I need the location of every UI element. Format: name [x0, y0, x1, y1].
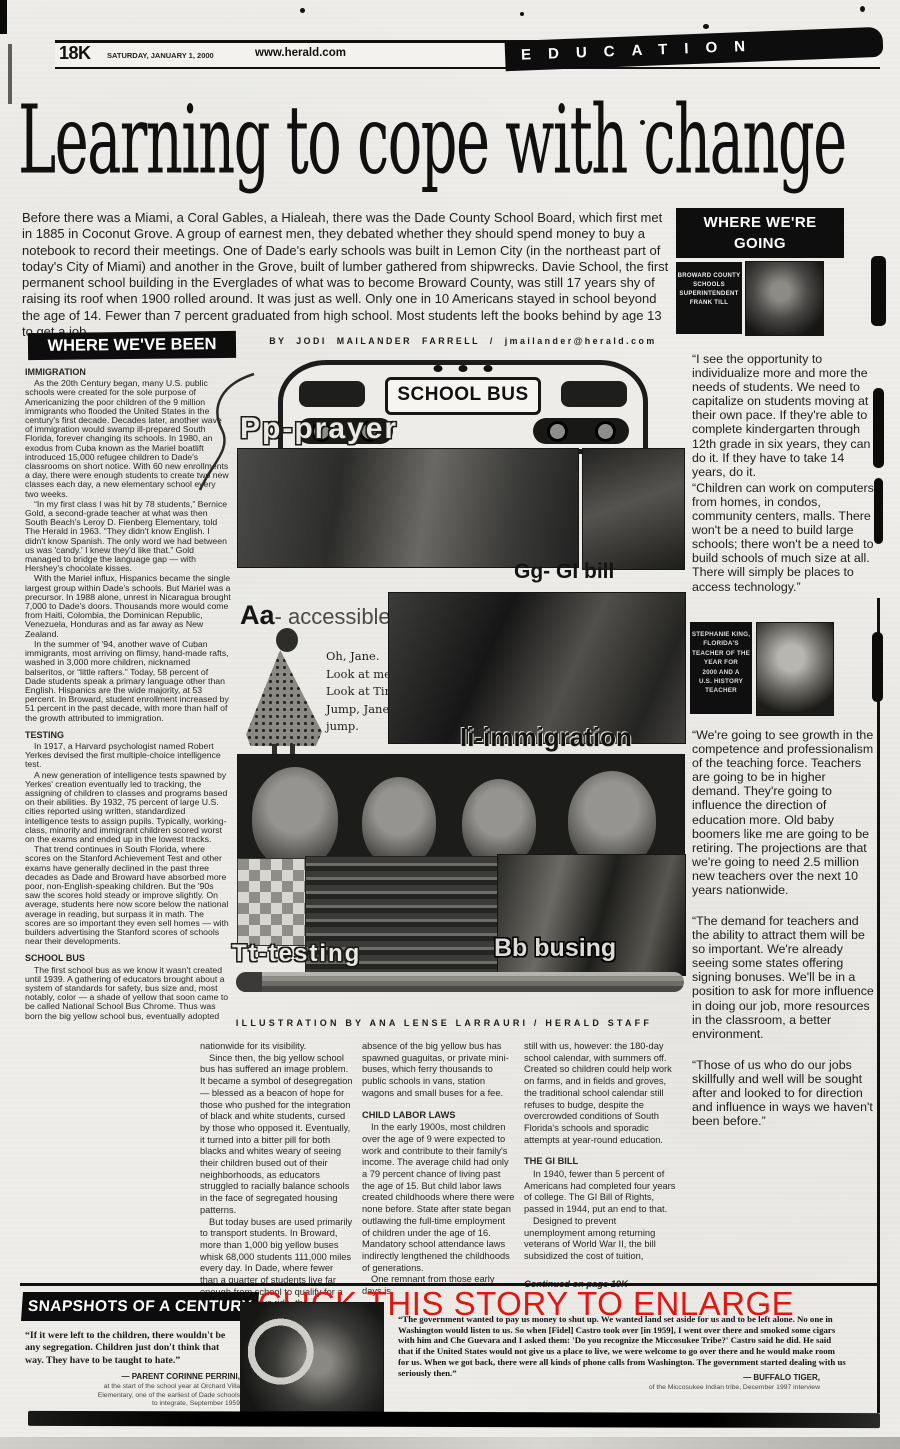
- scan-speck: [520, 12, 524, 16]
- stephanie-king-photo: [756, 622, 834, 716]
- skipping-girl-illustration: [276, 628, 298, 652]
- label-accessible-word: - accessible: [275, 604, 391, 629]
- bus-windshield-right: [561, 381, 627, 407]
- buffalo-tiger-attribution-detail: of the Miccosukee Indian tribe, December…: [560, 1384, 820, 1391]
- scan-speck: [640, 120, 645, 125]
- section-heading-school-bus: SCHOOL BUS: [25, 954, 231, 963]
- scan-ink-blob: [871, 256, 886, 326]
- label-prayer: Pp-prayer: [240, 412, 398, 446]
- quote-paragraph: “Children can work on computers from hom…: [692, 481, 874, 594]
- perrini-quote: “If it were left to the children, there …: [25, 1330, 239, 1367]
- bus-windshield-left: [299, 381, 365, 407]
- body-paragraph: In 1940, fewer than 5 percent of America…: [524, 1169, 677, 1216]
- bus-marker-lights-icon: [426, 359, 501, 377]
- student-face: [252, 767, 338, 869]
- perrini-attribution: — PARENT CORINNE PERRINI,: [60, 1372, 240, 1381]
- quote-paragraph: “Those of us who do our jobs skillfully …: [692, 1058, 874, 1128]
- masthead-date: SATURDAY, JANUARY 1, 2000: [107, 51, 214, 60]
- continuation-column-2: absence of the big yellow bus has spawne…: [362, 1041, 515, 1298]
- gi-soldier-photo: [582, 448, 685, 570]
- student-face: [362, 777, 436, 867]
- scan-ink-mark: [8, 44, 12, 104]
- checkerboard-pattern: [237, 858, 307, 946]
- scan-ink-blob: [873, 388, 884, 468]
- continuation-column-3: still with us, however: the 180-day scho…: [524, 1041, 677, 1290]
- buffalo-tiger-quote: “The government wanted to pay us money t…: [398, 1314, 846, 1378]
- pencil-illustration: [236, 972, 684, 992]
- body-paragraph: still with us, however: the 180-day scho…: [524, 1041, 677, 1146]
- scan-speck: [300, 8, 305, 13]
- buffalo-tiger-attribution: — BUFFALO TIGER,: [660, 1373, 820, 1382]
- body-paragraph: In the early 1900s, most children over t…: [362, 1122, 515, 1274]
- buffalo-tiger-photo: [240, 1302, 384, 1412]
- teacher-quote-block: “Those of us who do our jobs skillfully …: [692, 1058, 874, 1130]
- school-bus-paragraph: The first school bus as we know it wasn'…: [25, 966, 231, 1021]
- bus-headlight-right-icon: [533, 418, 629, 444]
- frank-till-caption: BROWARD COUNTY SCHOOLS SUPERINTENDENT FR…: [676, 262, 742, 334]
- byline: BY JODI MAILANDER FARRELL / jmailander@h…: [245, 336, 681, 346]
- label-testing: Tt-testing: [232, 940, 361, 968]
- page-number: 18K: [59, 43, 91, 64]
- stephanie-king-caption: STEPHANIE KING, FLORIDA'S TEACHER OF THE…: [690, 622, 752, 714]
- teacher-quote-block: “We're going to see growth in the compet…: [692, 728, 874, 899]
- testing-paragraph: That trend continues in South Florida, w…: [25, 845, 231, 946]
- skipping-girl-dress: [246, 650, 322, 746]
- bottom-rule-bar: [28, 1411, 880, 1428]
- perrini-attribution-detail: at the start of the school year at Orcha…: [40, 1383, 240, 1409]
- body-paragraph: Since then, the big yellow school bus ha…: [200, 1053, 353, 1217]
- where-were-going-box: WHERE WE'RE GOING: [676, 208, 844, 258]
- photo-collage-illustration: SCHOOL BUS Pp-prayer Gg- GI bill Aa- acc…: [232, 356, 688, 1016]
- scan-edge-smear: [0, 1437, 900, 1449]
- section-heading-gi-bill: THE GI BILL: [524, 1156, 677, 1168]
- body-paragraph: Designed to prevent unemployment among r…: [524, 1216, 677, 1263]
- headline: Learning to cope with change: [18, 84, 846, 195]
- superintendent-quote-block: “I see the opportunity to individualize …: [692, 352, 874, 596]
- continuation-column-1: nationwide for its visibility. Since the…: [200, 1041, 353, 1310]
- testing-paragraph: In 1917, a Harvard psychologist named Ro…: [25, 742, 231, 770]
- scan-ink-blob: [874, 478, 883, 544]
- scan-speck: [860, 6, 865, 12]
- immigration-paragraph: “In my first class I was hit by 78 stude…: [25, 500, 231, 574]
- label-accessible: Aa- accessible: [240, 600, 391, 631]
- body-paragraph: absence of the big yellow bus has spawne…: [362, 1041, 515, 1100]
- masthead-url: www.herald.com: [255, 47, 346, 59]
- quote-paragraph: “The demand for teachers and the ability…: [692, 914, 874, 1041]
- immigration-paragraph: With the Mariel influx, Hispanics became…: [25, 574, 231, 638]
- frank-till-photo: [745, 261, 824, 336]
- body-paragraph: nationwide for its visibility.: [200, 1041, 353, 1053]
- scan-ink-mark: [0, 0, 7, 34]
- section-heading-testing: TESTING: [25, 731, 231, 740]
- scan-ink-blob: [872, 632, 883, 702]
- scan-edge-line: [877, 598, 880, 1413]
- quote-paragraph: “We're going to see growth in the compet…: [692, 728, 874, 897]
- label-immigration: Ii-immigration: [460, 722, 632, 753]
- school-bus-sign: SCHOOL BUS: [385, 377, 541, 415]
- classroom-prayer-photo: [237, 448, 579, 568]
- immigration-paragraph: In the summer of '94, another wave of Cu…: [25, 640, 231, 723]
- illustration-credit: ILLUSTRATION BY ANA LENSE LARRAURI / HER…: [200, 1018, 688, 1028]
- newspaper-scan[interactable]: 18K SATURDAY, JANUARY 1, 2000 www.herald…: [0, 0, 900, 1449]
- section-heading-child-labor: CHILD LABOR LAWS: [362, 1110, 515, 1122]
- label-busing: Bb busing: [494, 934, 616, 963]
- snapshots-banner: SNAPSHOTS OF A CENTURY: [21, 1292, 259, 1321]
- testing-paragraph: A new generation of intelligence tests s…: [25, 771, 231, 845]
- where-weve-been-box: WHERE WE'VE BEEN: [28, 331, 236, 360]
- scan-speck: [703, 24, 709, 29]
- label-accessible-letters: Aa: [240, 600, 275, 630]
- deck-paragraph: Before there was a Miami, a Coral Gables…: [22, 210, 670, 340]
- quote-paragraph: “I see the opportunity to individualize …: [692, 352, 874, 479]
- label-gi-bill: Gg- GI bill: [514, 560, 614, 584]
- teacher-quote-block: “The demand for teachers and the ability…: [692, 914, 874, 1043]
